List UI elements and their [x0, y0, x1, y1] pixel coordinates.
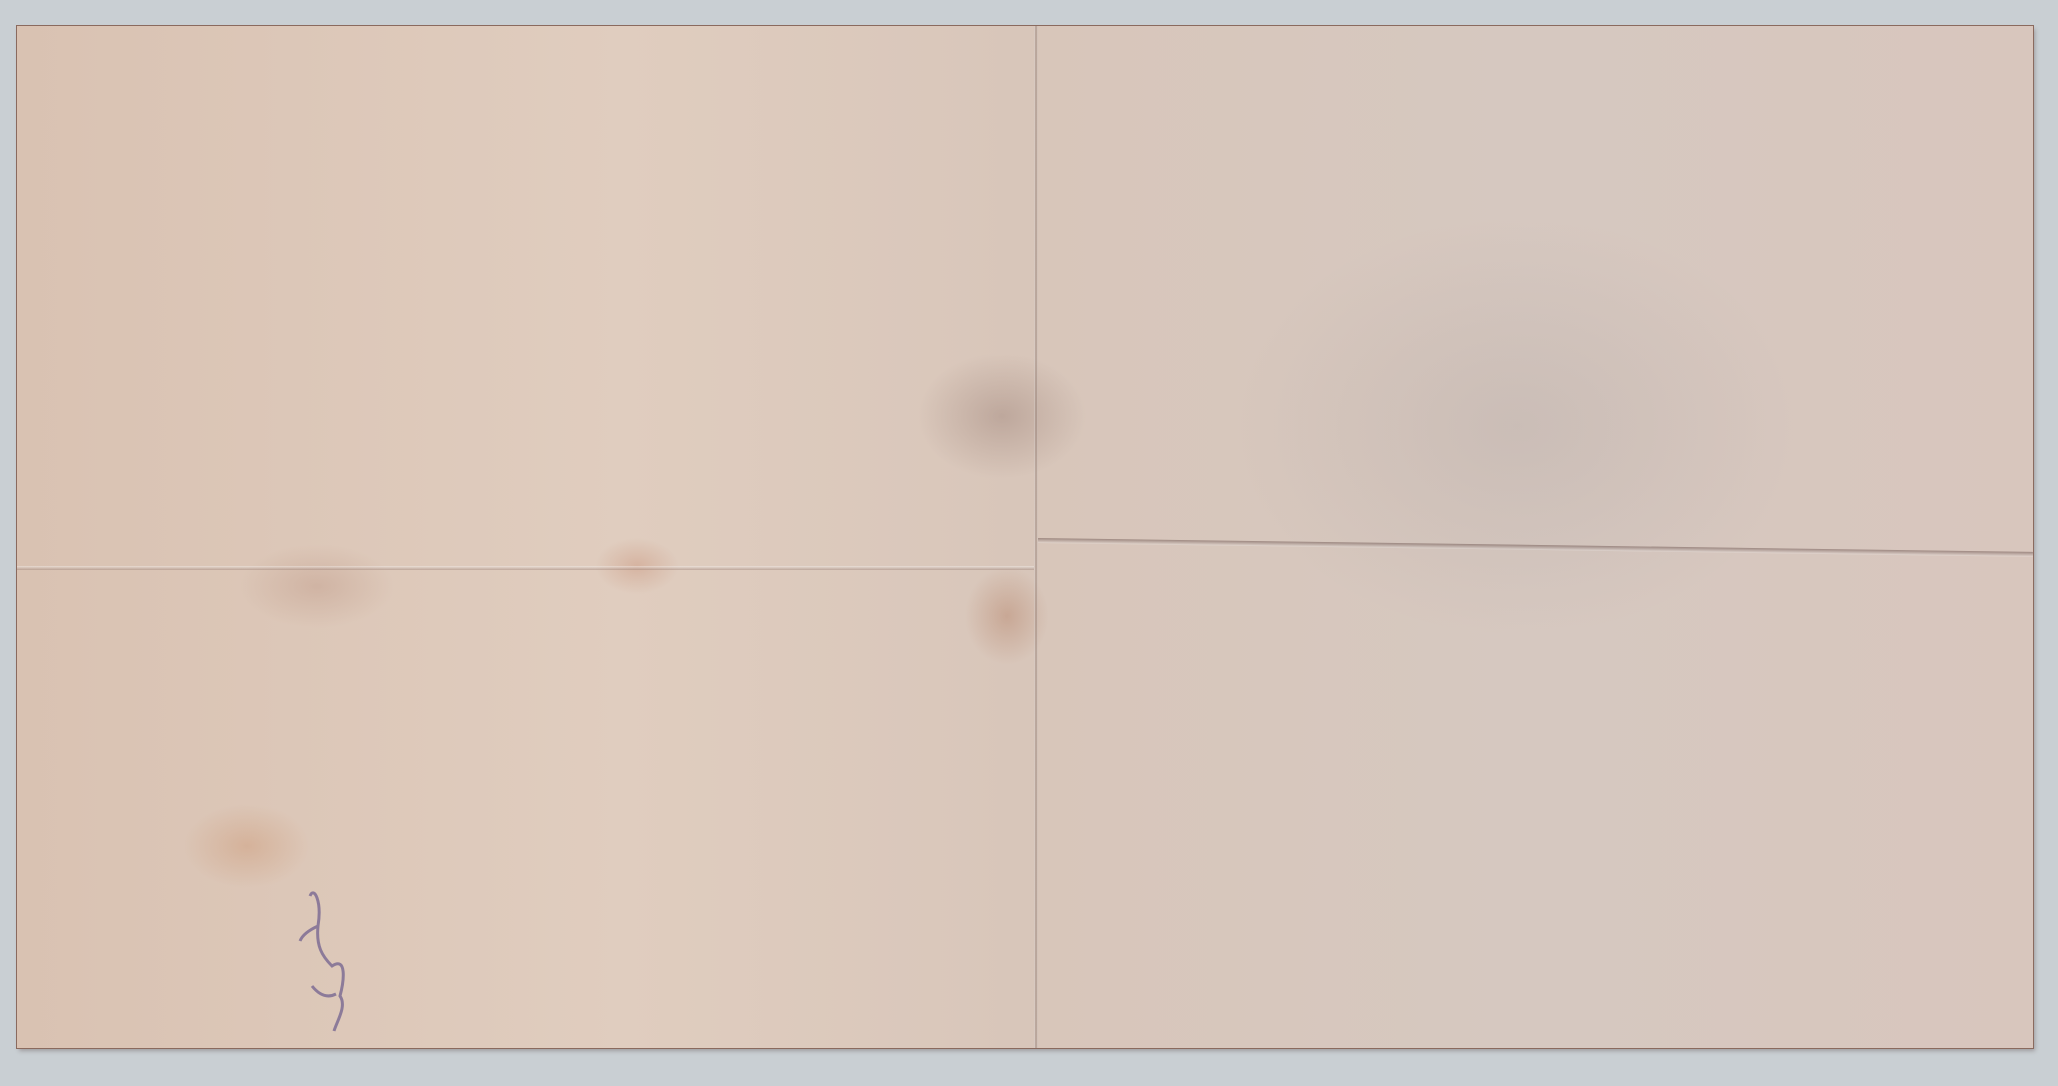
ink-mark-icon [292, 886, 362, 1036]
aged-paper-note [17, 26, 2033, 1048]
horizontal-fold-line-right [1038, 538, 2033, 557]
horizontal-fold-line-left [17, 566, 1034, 570]
